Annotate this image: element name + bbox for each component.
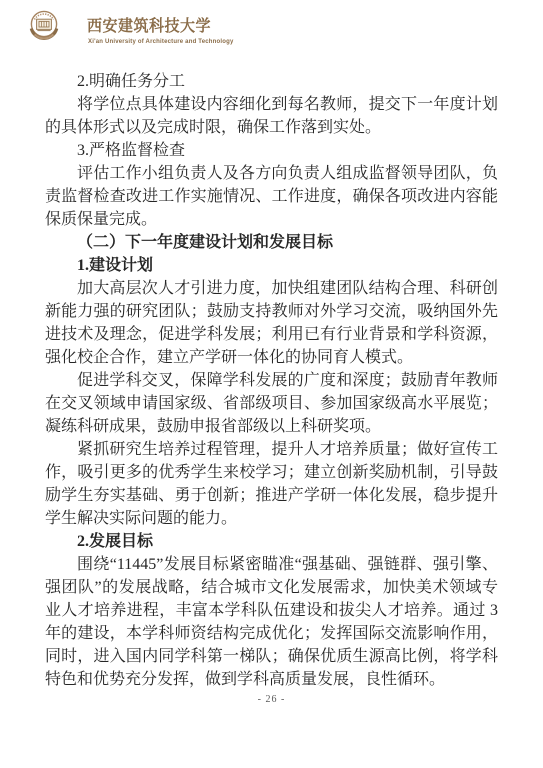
page-number: - 26 -	[0, 694, 543, 705]
section-heading: 3.严格监督检查	[45, 139, 498, 162]
document-page: 西安建筑科技大学 Xi'an University of Architectur…	[0, 0, 543, 768]
letterhead: 西安建筑科技大学 Xi'an University of Architectur…	[0, 0, 543, 62]
document-body: 2.明确任务分工将学位点具体建设内容细化到每名教师，提交下一年度计划的具体形式以…	[45, 70, 498, 691]
section-heading: （二）下一年度建设计划和发展目标	[45, 231, 498, 254]
paragraph: 将学位点具体建设内容细化到每名教师，提交下一年度计划的具体形式以及完成时限，确保…	[45, 93, 498, 139]
university-seal-icon	[28, 10, 60, 48]
paragraph: 评估工作小组负责人及各方向负责人组成监督领导团队，负责监督检查改进工作实施情况、…	[45, 162, 498, 231]
paragraph: 促进学科交叉，保障学科发展的广度和深度；鼓励青年教师在交叉领域申请国家级、省部级…	[45, 369, 498, 438]
section-heading: 2.明确任务分工	[45, 70, 498, 93]
paragraph: 围绕“11445”发展目标紧密瞄准“强基础、强链群、强引擎、强团队”的发展战略，…	[45, 553, 498, 691]
university-name-english: Xi'an University of Architecture and Tec…	[88, 39, 228, 45]
section-heading: 1.建设计划	[45, 254, 498, 277]
university-name-chinese: 西安建筑科技大学	[87, 14, 217, 36]
section-heading: 2.发展目标	[45, 530, 498, 553]
paragraph: 加大高层次人才引进力度，加快组建团队结构合理、科研创新能力强的研究团队；鼓励支持…	[45, 277, 498, 369]
paragraph: 紧抓研究生培养过程管理，提升人才培养质量；做好宣传工作，吸引更多的优秀学生来校学…	[45, 438, 498, 530]
